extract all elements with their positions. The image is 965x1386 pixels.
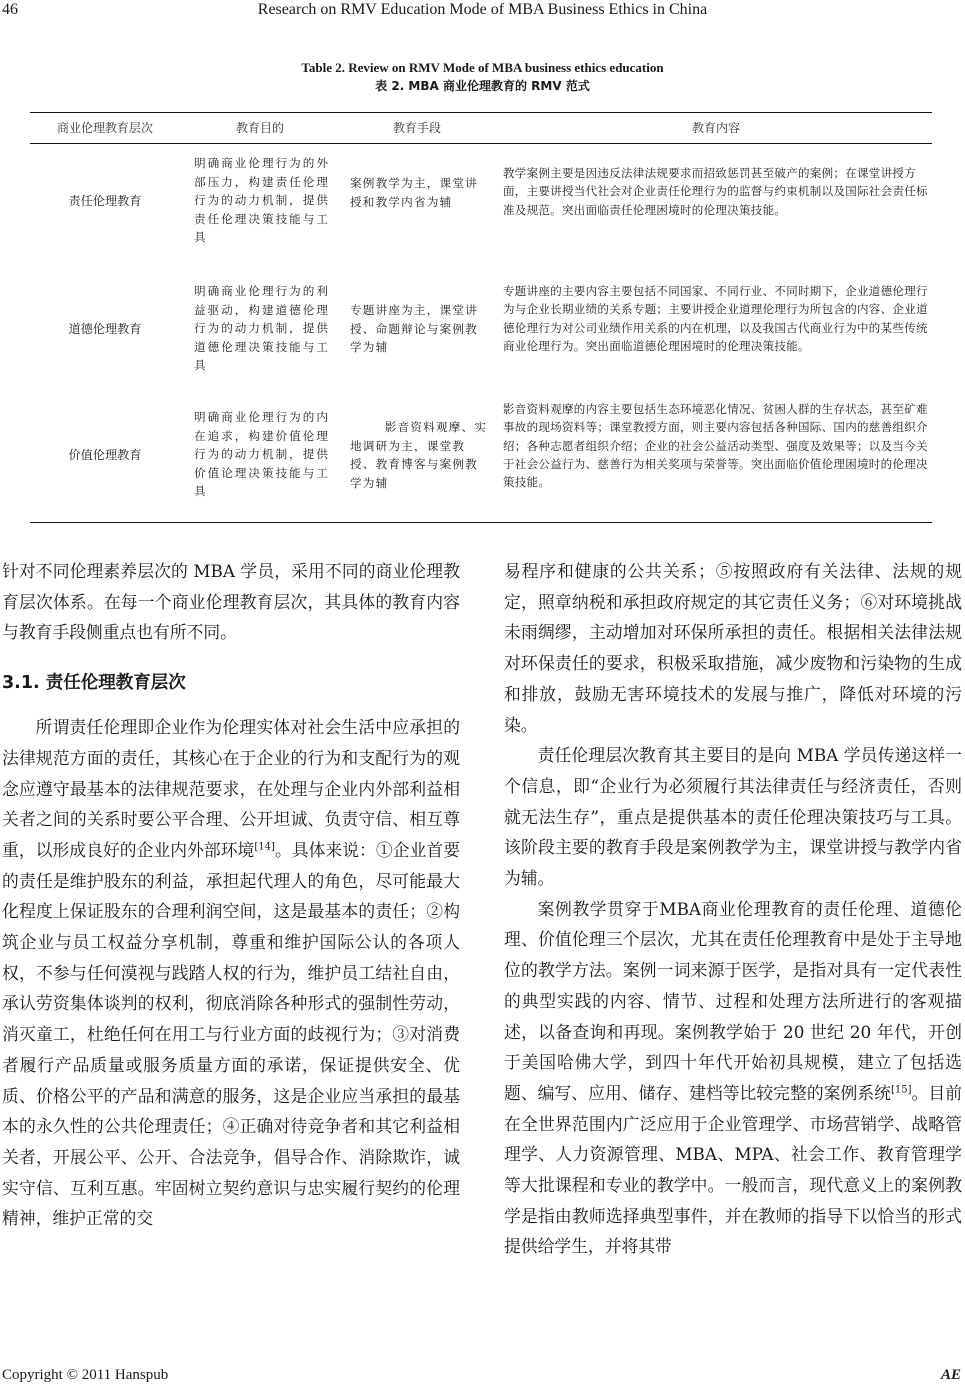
table-row-2-goal: 明确商业伦理行为的利益驱动，构建道德伦理行为的动力机制，提供道德伦理决策技能与工… (194, 282, 334, 375)
table-header-rule (30, 143, 932, 144)
column-header-means: 教育手段 (342, 112, 492, 143)
left-column: 针对不同伦理素养层次的 MBA 学员，采用不同的商业伦理教育层次体系。在每一个商… (2, 556, 460, 1234)
citation-15[interactable]: [15] (891, 1084, 912, 1095)
column-header-goal: 教育目的 (185, 112, 335, 143)
table-row-1-means: 案例教学为主，课堂讲授和教学内省为辅 (350, 174, 488, 211)
table-caption-english: Table 2. Review on RMV Mode of MBA busin… (0, 59, 965, 77)
table-row-2-content: 专题讲座的主要内容主要包括不同国家、不同行业、不同时期下，企业道德伦理行为与企业… (503, 282, 928, 355)
continuation-paragraph: 易程序和健康的公共关系；⑤按照政府有关法律、法规的规定，照章纳税和承担政府规定的… (504, 556, 962, 740)
table-row-1-goal: 明确商业伦理行为的外部压力，构建责任伦理行为的动力机制，提供责任伦理决策技能与工… (194, 154, 334, 247)
paragraph-text: 所谓责任伦理即企业作为伦理实体对社会生活中应承担的法律规范方面的责任，其核心在于… (2, 717, 460, 860)
citation-14[interactable]: [14] (254, 841, 275, 852)
table-caption-chinese: 表 2. MBA 商业伦理教育的 RMV 范式 (0, 77, 965, 95)
paragraph-text: 案例教学贯穿于MBA商业伦理教育的责任伦理、道德伦理、价值伦理三个层次，尤其在责… (504, 899, 962, 1103)
right-column: 易程序和健康的公共关系；⑤按照政府有关法律、法规的规定，照章纳税和承担政府规定的… (504, 556, 962, 1262)
table-row-3-goal: 明确商业伦理行为的内在追求，构建价值伦理行为的动力机制，提供价值论理决策技能与工… (194, 408, 334, 501)
paragraph-responsibility-ethics: 所谓责任伦理即企业作为伦理实体对社会生活中应承担的法律规范方面的责任，其核心在于… (2, 712, 460, 1234)
column-header-level: 商业伦理教育层次 (30, 112, 180, 143)
paragraph-responsibility-goal: 责任伦理层次教育其主要目的是向 MBA 学员传递这样一个信息，即“企业行为必须履… (504, 740, 962, 894)
table-row-2-level: 道德伦理教育 (30, 282, 180, 376)
table-bottom-rule (30, 522, 932, 523)
running-title: Research on RMV Education Mode of MBA Bu… (0, 1, 965, 19)
paragraph-text: 。具体来说：①企业首要的责任是维护股东的利益，承担起代理人的角色，尽可能最大化程… (2, 840, 460, 1228)
intro-paragraph: 针对不同伦理素养层次的 MBA 学员，采用不同的商业伦理教育层次体系。在每一个商… (2, 556, 460, 648)
column-header-content: 教育内容 (500, 112, 932, 143)
table-row-3-content: 影音资料观摩的内容主要包括生态环境恶化情况、贫困人群的生存状态，甚至矿难事故的现… (503, 400, 928, 491)
table-caption: Table 2. Review on RMV Mode of MBA busin… (0, 59, 965, 95)
table-row-2-means: 专题讲座为主，课堂讲授、命题辩论与案例教学为辅 (350, 301, 488, 357)
paragraph-case-teaching: 案例教学贯穿于MBA商业伦理教育的责任伦理、道德伦理、价值伦理三个层次，尤其在责… (504, 894, 962, 1262)
section-heading-3-1: 3.1. 责任伦理教育层次 (2, 668, 460, 698)
table-row-1-level: 责任伦理教育 (30, 154, 180, 248)
copyright-notice: Copyright © 2011 Hanspub (2, 1367, 168, 1384)
table-row-3-means: 影音资料观摩、实地调研为主，课堂教授、教育博客与案例教学为辅 (350, 418, 488, 492)
page-footer: Copyright © 2011 Hanspub AE (0, 1367, 965, 1386)
journal-abbreviation: AE (941, 1367, 961, 1384)
table-row-3-level: 价值伦理教育 (30, 408, 180, 502)
paragraph-text: 。目前在全世界范围内广泛应用于企业管理学、市场营销学、战略管理学、人力资源管理、… (504, 1083, 962, 1257)
running-head: 46 Research on RMV Education Mode of MBA… (0, 0, 965, 24)
table-row-1-content: 教学案例主要是因违反法律法规要求而招致惩罚甚至破产的案例；在课堂讲授方面，主要讲… (503, 164, 928, 219)
